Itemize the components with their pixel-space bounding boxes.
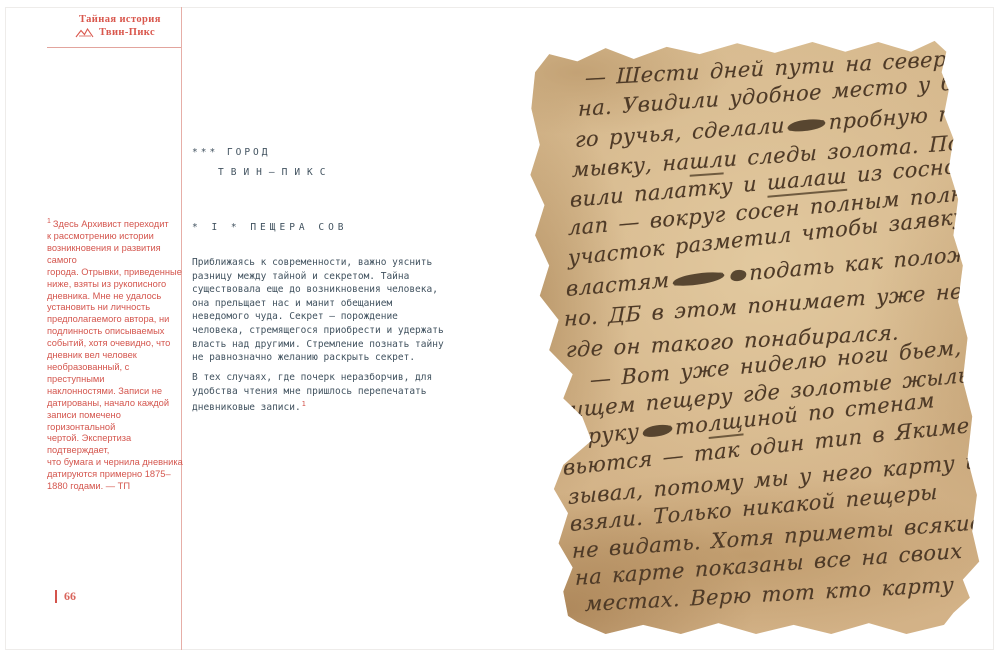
body-paragraph-2: В тех случаях, где почерк неразборчив, д… — [192, 371, 432, 415]
chapter-heading-line1: *** ГОРОД — [192, 147, 270, 158]
header-rule — [47, 47, 181, 48]
diary-text-segment: лщ — [708, 408, 744, 439]
book-spread: Тайная история Твин-Пикс 1Здесь Архивист… — [0, 0, 1000, 654]
diary-text-segment: пробную про- — [829, 99, 987, 134]
body-paragraph-2-text: В тех случаях, где почерк неразборчив, д… — [192, 372, 432, 413]
crossed-out-scribble — [788, 117, 826, 133]
page-number: 66 — [64, 589, 76, 604]
running-header: Тайная история Твин-Пикс — [75, 13, 161, 39]
book-title-line1: Тайная история — [79, 13, 161, 26]
book-title-line2: Твин-Пикс — [99, 26, 155, 39]
body-paragraph-1: Приближаясь к современности, важно уясни… — [192, 256, 444, 365]
margin-footnote: 1Здесь Архивист переходит к рассмотрению… — [47, 216, 185, 493]
page-number-block: 66 — [55, 589, 76, 604]
section-heading: * I * ПЕЩЕРА СОВ — [192, 222, 348, 233]
crossed-out-scribble — [642, 423, 673, 439]
footnote-text: Здесь Архивист переходит к рассмотрению … — [47, 219, 183, 491]
diary-text-segment: в руку — [565, 419, 640, 451]
chapter-heading-line2: ТВИН–ПИКС — [218, 167, 332, 178]
diary-page-photo: — Шести дней пути на север от Спока-на. … — [521, 36, 991, 640]
diary-text-segment: властям — [566, 268, 670, 301]
crossed-out-scribble — [672, 270, 724, 288]
diary-text-segment: то — [675, 412, 709, 440]
twin-peaks-icon — [75, 28, 94, 38]
footnote-marker: 1 — [47, 218, 51, 225]
page-number-tick — [55, 590, 57, 603]
footnote-reference: 1 — [302, 400, 306, 408]
crossed-out-scribble — [730, 269, 747, 282]
diary-text-segment: мывку, на — [572, 150, 689, 182]
diary-text-segment: шл — [689, 147, 723, 176]
